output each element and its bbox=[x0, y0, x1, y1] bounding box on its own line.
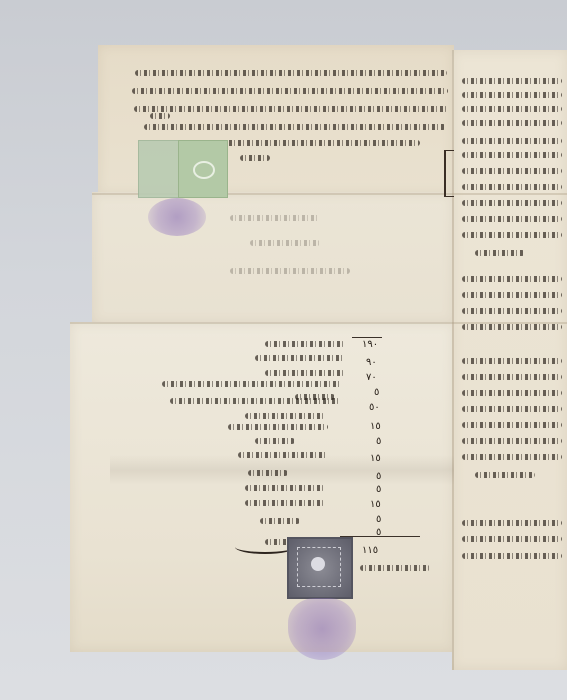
fee-amount: ١٥ bbox=[370, 453, 381, 464]
fee-amount: ٩٠ bbox=[366, 357, 377, 368]
stamp-emblem-icon bbox=[311, 557, 325, 571]
stamp-crescent-oval-icon bbox=[193, 161, 215, 179]
fee-amount: ٥ bbox=[376, 514, 381, 525]
fee-amount: ١٥ bbox=[370, 421, 381, 432]
green-revenue-stamp-right bbox=[178, 140, 228, 198]
purple-seal-lower bbox=[288, 598, 356, 660]
margin-bracket-mark bbox=[444, 150, 454, 197]
document-photo: ١٩٠ ٩٠ ٧٠ ٥ ٥٠ ١٥ ٥ ١٥ ٥ ٥ ١٥ ٥ ٥ ١١٥ bbox=[0, 0, 567, 700]
fee-amount: ١٥ bbox=[370, 499, 381, 510]
fee-amount: ٥ bbox=[376, 484, 381, 495]
fee-amount: ١٩٠ bbox=[362, 339, 378, 350]
fee-total: ١١٥ bbox=[362, 545, 378, 556]
fee-amount: ٥ bbox=[376, 471, 381, 482]
green-revenue-stamp-left bbox=[138, 140, 182, 198]
fee-amount: ٥ bbox=[374, 387, 379, 398]
paper-panel-middle-left bbox=[92, 192, 454, 324]
signature bbox=[235, 540, 295, 554]
fold-line-vertical bbox=[452, 50, 454, 670]
gray-revenue-stamp bbox=[287, 537, 353, 599]
fee-amount: ٥٠ bbox=[369, 402, 380, 413]
fee-amount: ٥ bbox=[376, 527, 381, 538]
purple-seal-upper bbox=[148, 198, 206, 236]
fee-amount: ٥ bbox=[376, 436, 381, 447]
fee-amount: ٧٠ bbox=[366, 372, 377, 383]
